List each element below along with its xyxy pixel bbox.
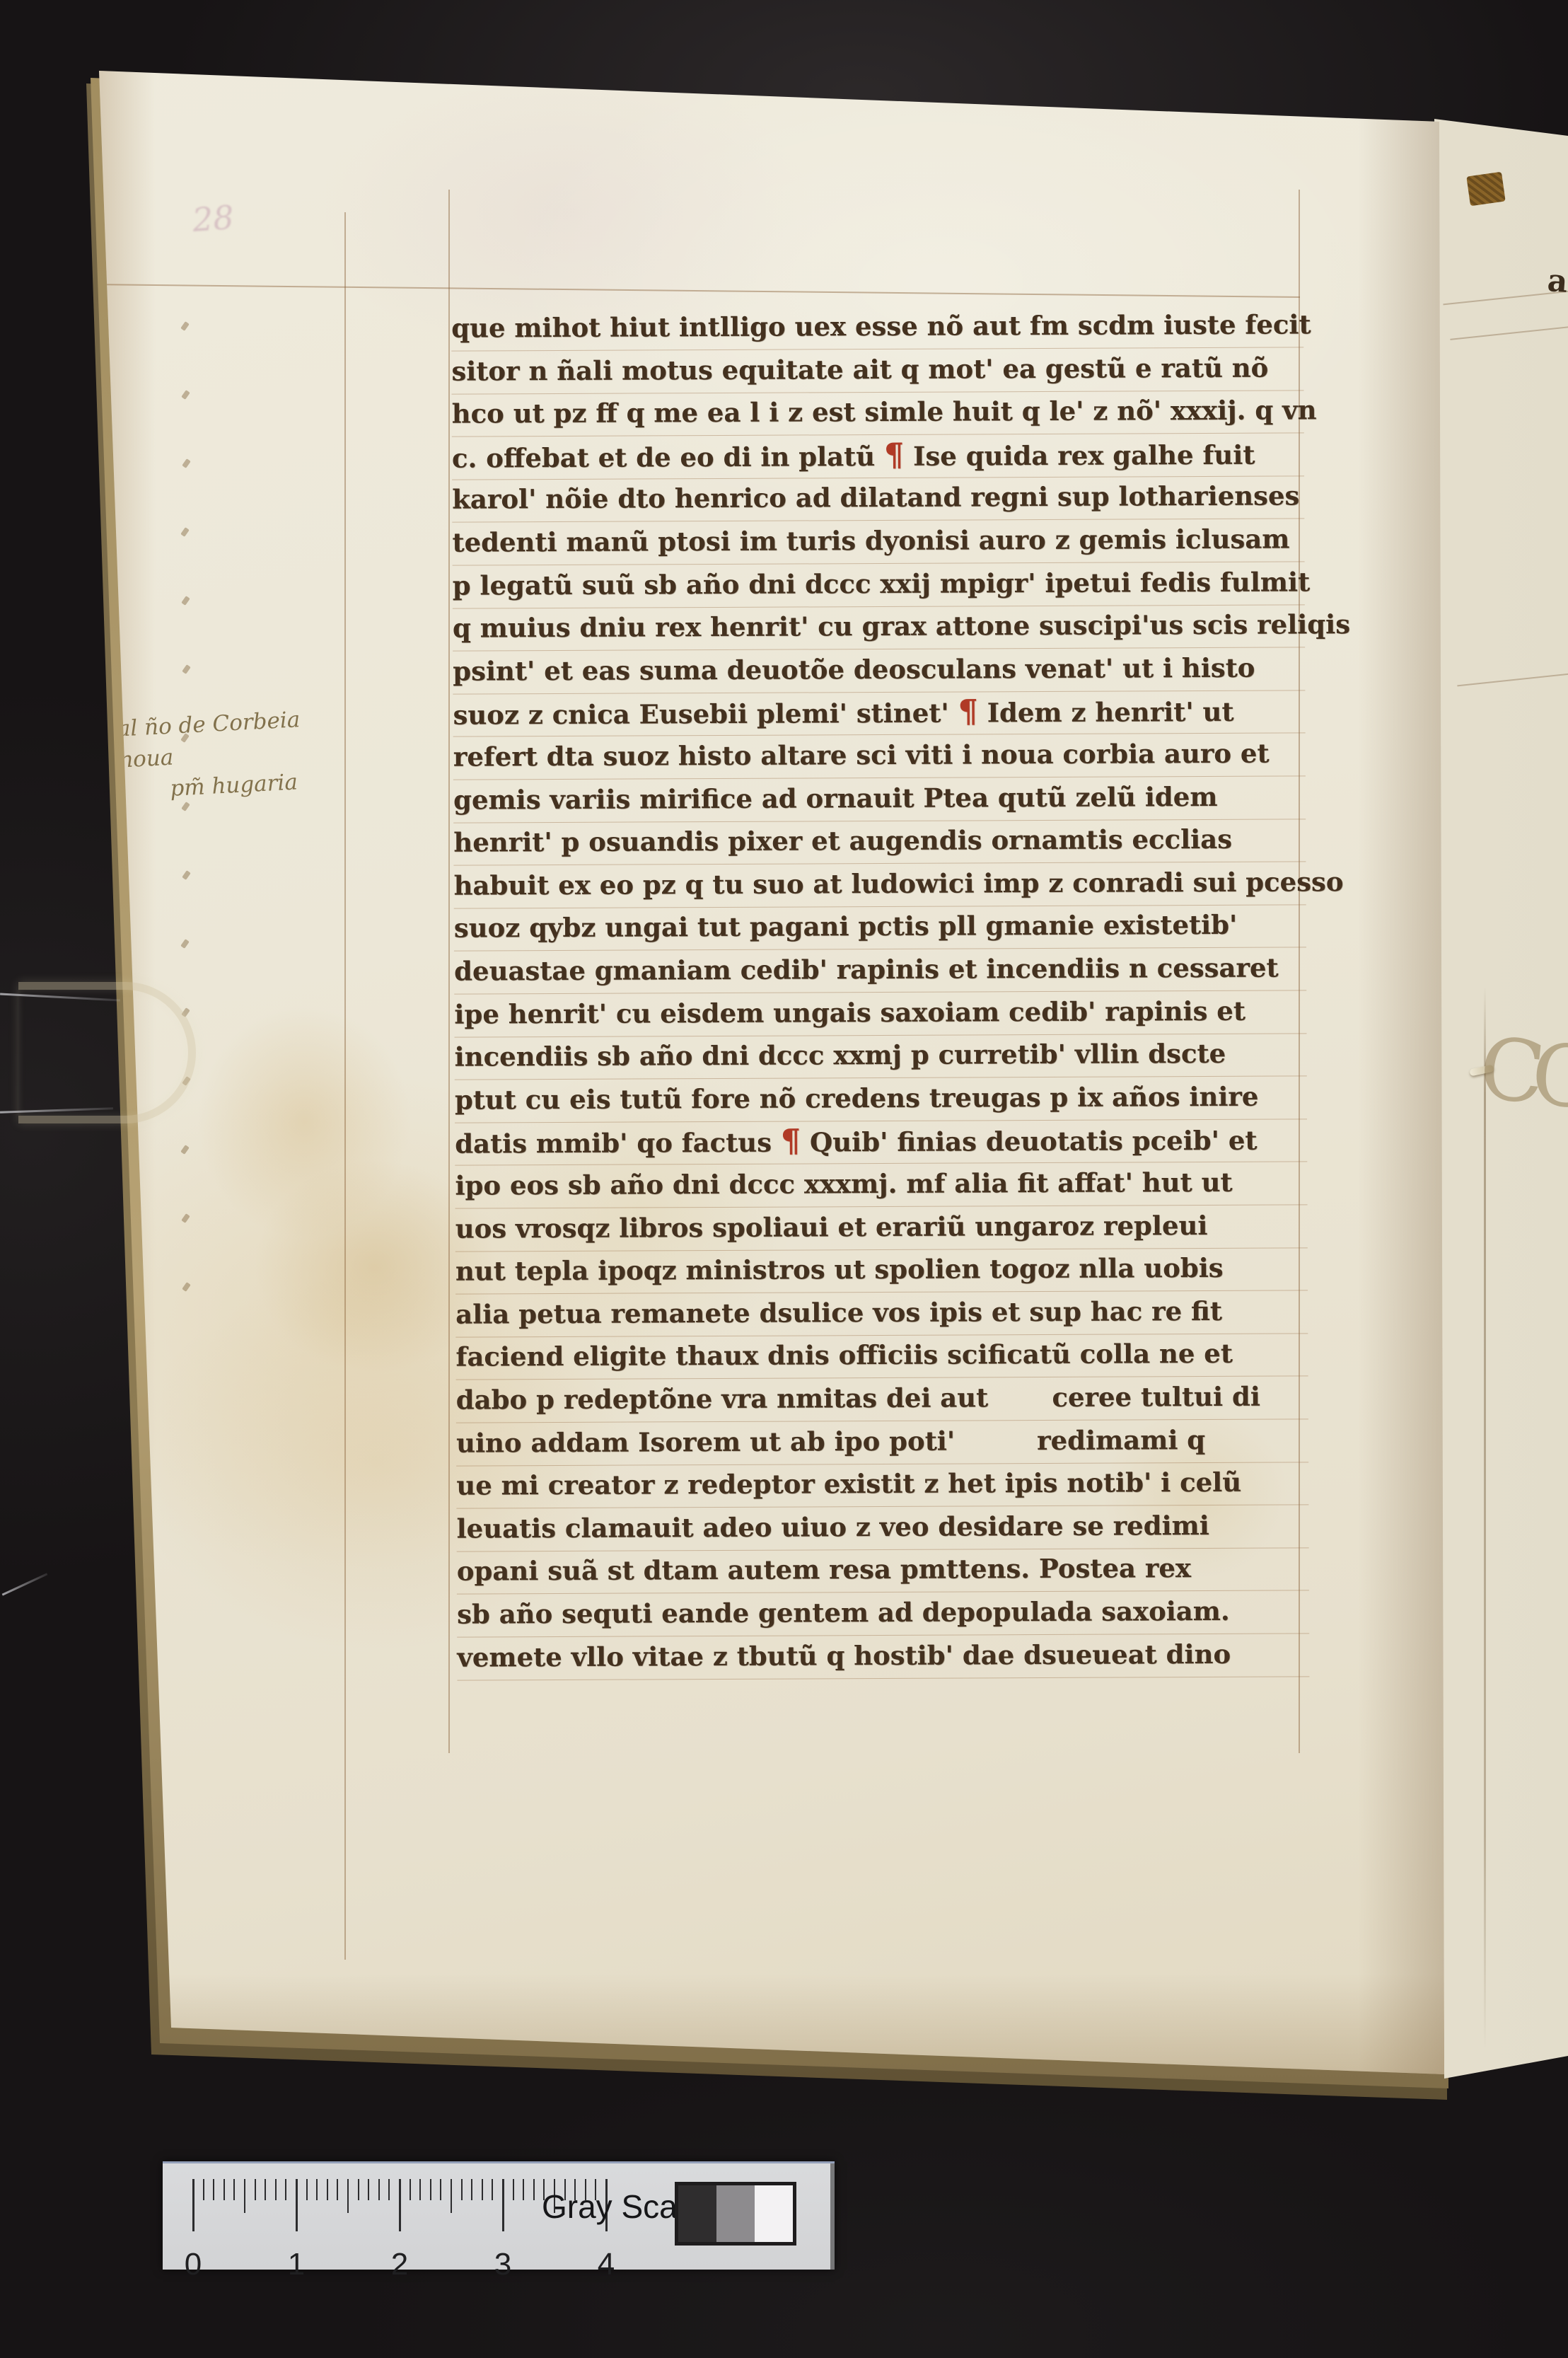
prick-mark [182, 1282, 191, 1292]
ruler-tick [502, 2179, 504, 2231]
ruler-tick [265, 2179, 266, 2200]
ruler-tick [347, 2179, 349, 2213]
ruler-tick [461, 2179, 463, 2200]
ruler-tick [275, 2179, 277, 2200]
folio-number: 28 [191, 198, 235, 239]
facing-page-text-fragment: a [1546, 262, 1568, 300]
text-line: datis mmib' qo factus ¶ Quib' finias deu… [455, 1119, 1307, 1166]
facing-page-doodle: CC [1475, 1019, 1568, 1128]
prick-mark [180, 527, 190, 537]
manuscript-page: 28 al ño de Corbeia noua pm̃ hugaria que… [0, 0, 1568, 2358]
ruler-tick [419, 2179, 421, 2200]
text-line: faciend eligite thaux dnis officiis scif… [455, 1333, 1308, 1380]
text-line: c. offebat et de eo di in platũ ¶ Ise qu… [452, 432, 1304, 480]
prick-mark [181, 390, 190, 400]
ruler-tick [192, 2179, 194, 2231]
ruler-tick [285, 2179, 286, 2200]
ruler-tick [430, 2179, 431, 2200]
facing-page-ruling [1457, 674, 1568, 687]
text-line: sb año sequti eande gentem ad depopulada… [457, 1590, 1309, 1637]
facing-page-crease [1484, 987, 1486, 2048]
text-line: sitor n ñali motus equitate ait q mot' e… [451, 347, 1303, 394]
gray-swatch-white [755, 2185, 793, 2242]
ruler-tick [213, 2179, 214, 2200]
prick-mark [182, 870, 191, 880]
ruler-number: 3 [489, 2247, 517, 2282]
ruler-tick [410, 2179, 411, 2200]
text-line: tedenti manũ ptosi im turis dyonisi auro… [452, 518, 1304, 565]
prick-mark [180, 1145, 190, 1155]
ruler-tick [533, 2179, 535, 2200]
ruler-tick [378, 2179, 380, 2200]
text-line: habuit ex eo pz q tu suo at ludowici imp… [453, 861, 1306, 908]
ruler-tick [223, 2179, 225, 2200]
prick-mark [180, 939, 190, 949]
ruler-tick [233, 2179, 235, 2200]
rubric-pilcrow: ¶ [884, 437, 904, 473]
ruler-tick [296, 2179, 298, 2231]
ruler-tick [327, 2179, 328, 2200]
ruler-tick [399, 2179, 401, 2231]
ruler-tick [523, 2179, 524, 2200]
ruler-number: 1 [282, 2247, 310, 2282]
text-line: hco ut pz ff q me ea l i z est simle hui… [452, 390, 1304, 437]
page-holder-strap [18, 982, 196, 1123]
ruler-tick [255, 2179, 256, 2200]
prick-mark [181, 596, 190, 606]
text-line: ipe henrit' cu eisdem ungais saxoiam ced… [454, 990, 1306, 1037]
text-line: incendiis sb año dni dccc xxmj p curreti… [455, 1033, 1307, 1080]
ruler-number: 0 [179, 2247, 207, 2282]
ruler-number: 2 [385, 2247, 414, 2282]
text-line: que mihot hiut intlligo uex esse nõ aut … [451, 304, 1303, 351]
text-line: leuatis clamauit adeo uiuo z veo desidar… [456, 1504, 1308, 1551]
margin-ruling-vertical [344, 212, 346, 1960]
ruling-horizontal-top [91, 284, 1300, 298]
ruler-tick [203, 2179, 204, 2200]
rubric-pilcrow: ¶ [781, 1123, 801, 1160]
ruler-tick [244, 2179, 245, 2213]
ruler-tick [451, 2179, 452, 2213]
text-line: dabo p redeptõne vra nmitas dei aut cere… [456, 1375, 1308, 1423]
ruler-tick [440, 2179, 441, 2200]
photograph-background: CC a 28 al ño de Corbeia noua pm̃ hugari… [0, 0, 1568, 2358]
text-line: gemis variis mirifice ad ornauit Ptea qu… [453, 775, 1306, 823]
text-line: vemete vllo vitae z tbutũ q hostib' dae … [457, 1633, 1309, 1680]
calibration-ruler: 01234 Gray Scale [163, 2161, 835, 2270]
text-line: ptut cu eis tutũ fore nõ credens treugas… [455, 1075, 1307, 1123]
column-ruling-left [448, 190, 450, 1753]
prick-mark [182, 458, 191, 468]
gray-scale-swatch [675, 2182, 796, 2246]
ruler-tick [471, 2179, 472, 2200]
text-line: ue mi creator z redeptor existit z het i… [456, 1462, 1308, 1509]
gray-swatch-dark [678, 2185, 716, 2242]
ruler-tick [513, 2179, 514, 2200]
prick-mark [182, 664, 191, 674]
strap-wire [2, 1573, 48, 1595]
text-line: henrit' p osuandis pixer et augendis orn… [453, 819, 1306, 866]
text-line: refert dta suoz histo altare sci viti i … [453, 732, 1306, 780]
text-line: karol' nõie dto henrico ad dilatand regn… [452, 475, 1304, 523]
spine-cloth-patch [1466, 172, 1505, 207]
gutter-shadow [1358, 71, 1450, 2080]
text-line: ipo eos sb año dni dccc xxxmj. mf alia f… [455, 1161, 1307, 1208]
text-line: suoz z cnica Eusebii plemi' stinet' ¶ Id… [453, 690, 1305, 737]
ruler-tick [368, 2179, 369, 2200]
ruler-tick [388, 2179, 390, 2200]
text-line: alia petua remanete dsulice vos ipis et … [455, 1290, 1308, 1337]
facing-page-ruling [1450, 326, 1568, 340]
ruler-tick [492, 2179, 493, 2200]
prick-mark [180, 321, 190, 331]
text-line: deuastae gmaniam cedib' rapinis et incen… [454, 947, 1306, 994]
text-line: nut tepla ipoqz ministros ut spolien tog… [455, 1247, 1308, 1295]
text-line: psint' et eas suma deuotõe deosculans ve… [453, 647, 1305, 694]
rubric-pilcrow: ¶ [958, 693, 977, 730]
text-line: suoz qybz ungai tut pagani pctis pll gma… [454, 904, 1306, 952]
text-block: que mihot hiut intlligo uex esse nõ aut … [451, 304, 1307, 307]
text-line: uino addam Isorem ut ab ipo poti' redima… [456, 1418, 1308, 1466]
ruler-tick [358, 2179, 359, 2200]
text-line: opani suã st dtam autem resa pmttens. Po… [457, 1547, 1309, 1595]
ruler-tick [482, 2179, 483, 2200]
text-line: q muius dniu rex henrit' cu grax attone … [453, 604, 1305, 652]
ruler-tick [337, 2179, 338, 2200]
ruler-tick [316, 2179, 318, 2200]
text-line: p legatũ suũ sb año dni dccc xxij mpigr'… [453, 561, 1305, 608]
prick-mark [181, 1213, 190, 1223]
gray-swatch-mid [716, 2185, 755, 2242]
text-line: uos vrosqz libros spoliaui et erariũ ung… [455, 1204, 1308, 1252]
ruler-tick [306, 2179, 308, 2200]
ruler-number: 4 [592, 2247, 620, 2282]
